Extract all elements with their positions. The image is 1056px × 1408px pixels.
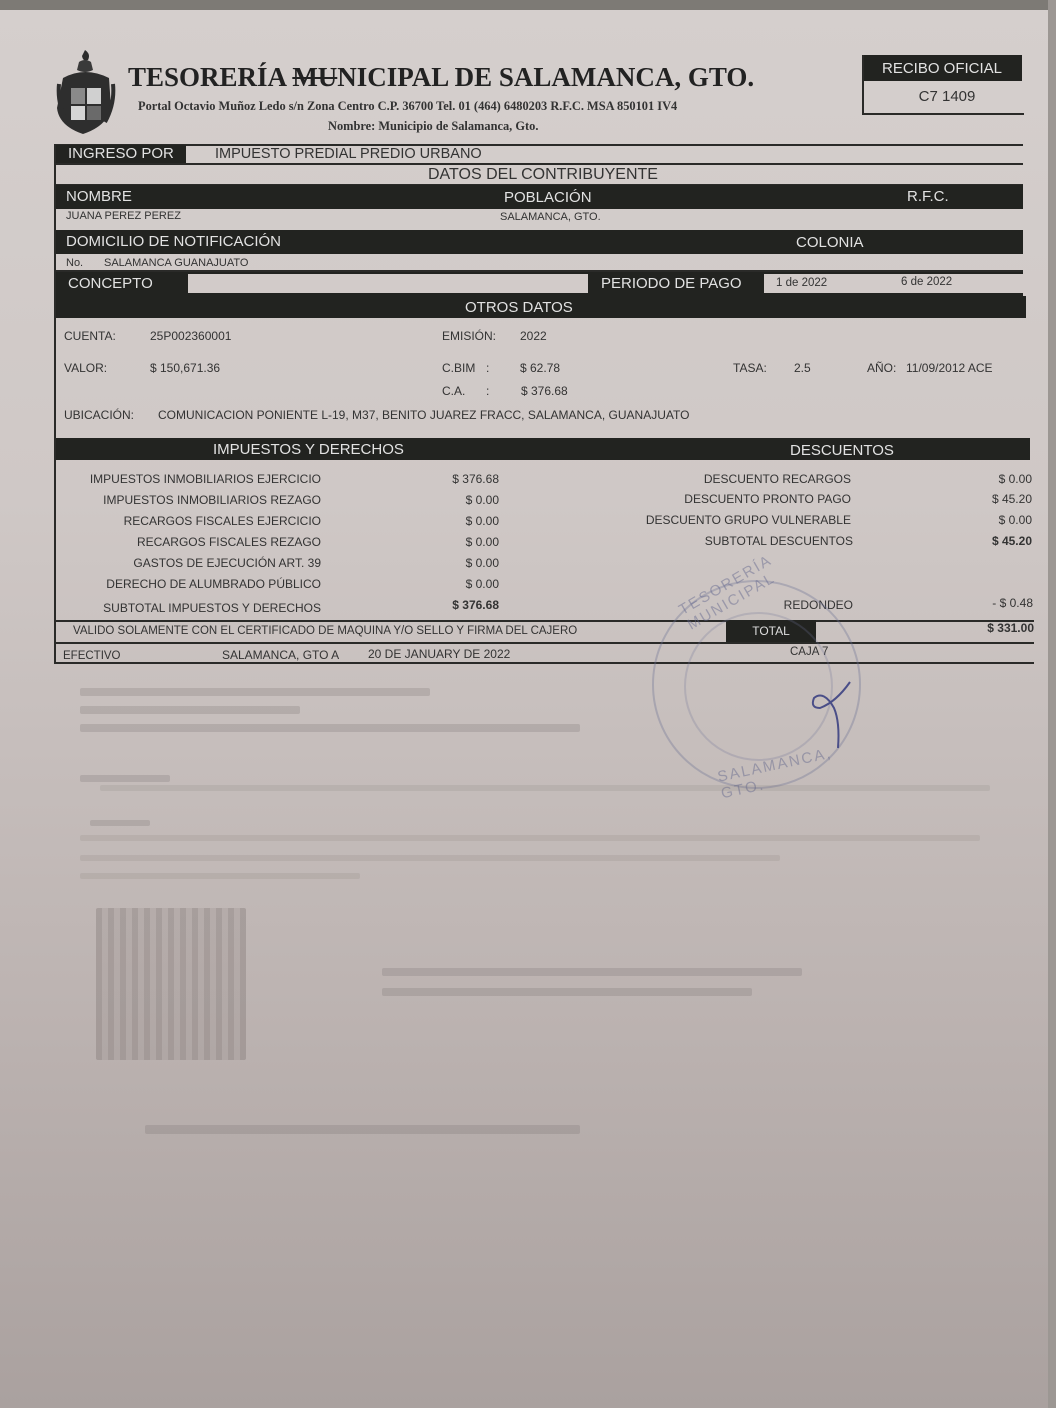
nombre-label: NOMBRE [66, 188, 132, 205]
coat-of-arms-icon [55, 48, 117, 140]
descuento-label: DESCUENTO GRUPO VULNERABLE [560, 513, 851, 527]
domicilio-label: DOMICILIO DE NOTIFICACIÓN [66, 233, 281, 250]
impuesto-label: IMPUESTOS INMOBILIARIOS REZAGO [40, 493, 321, 507]
impuesto-value: $ 0.00 [400, 577, 499, 591]
descuento-value: $ 0.00 [940, 513, 1032, 527]
fecha: 20 DE JANUARY DE 2022 [368, 647, 510, 661]
divider [56, 662, 1034, 664]
faded-text-line [80, 688, 430, 696]
domicilio-value: SALAMANCA GUANAJUATO [104, 257, 248, 269]
domicilio-no-label: No. [66, 257, 83, 269]
forma-pago: EFECTIVO [63, 650, 121, 662]
ubicacion-value: COMUNICACION PONIENTE L-19, M37, BENITO … [158, 408, 689, 422]
signature-icon [800, 680, 860, 750]
valor-label: VALOR: [64, 361, 107, 375]
otros-datos-title: OTROS DATOS [465, 299, 573, 316]
receipt-label: RECIBO OFICIAL [862, 60, 1022, 77]
ca-value: $ 376.68 [521, 384, 568, 398]
redondeo-value: - $ 0.48 [940, 596, 1033, 610]
contribuyente-section-title: DATOS DEL CONTRIBUYENTE [428, 166, 658, 184]
impuestos-subtotal-label: SUBTOTAL IMPUESTOS Y DERECHOS [40, 601, 321, 615]
anio-value: 11/09/2012 ACE [906, 361, 993, 375]
descuento-value: $ 45.20 [940, 492, 1032, 506]
periodo-desde: 1 de 2022 [776, 277, 827, 289]
total-value: $ 331.00 [930, 621, 1034, 635]
receipt-box-left [862, 55, 864, 115]
periodo-label: PERIODO DE PAGO [601, 275, 742, 292]
anio-label: AÑO: [867, 361, 896, 375]
periodo-hasta: 6 de 2022 [901, 276, 952, 288]
faded-text-line [80, 835, 980, 841]
faded-text-line [80, 724, 580, 732]
descuentos-subtotal-value: $ 45.20 [940, 534, 1032, 548]
impuesto-value: $ 0.00 [400, 556, 499, 570]
ubicacion-label: UBICACIÓN: [64, 408, 134, 422]
colonia-label: COLONIA [796, 234, 864, 251]
ingreso-label: INGRESO POR [68, 145, 174, 162]
impuestos-subtotal-value: $ 376.68 [400, 598, 499, 612]
impuesto-label: RECARGOS FISCALES REZAGO [40, 535, 321, 549]
impuesto-label: RECARGOS FISCALES EJERCICIO [40, 514, 321, 528]
tasa-label: TASA: [733, 361, 767, 375]
cuenta-label: CUENTA: [64, 329, 116, 343]
nombre-value: JUANA PEREZ PEREZ [66, 210, 181, 222]
lugar: SALAMANCA, GTO A [222, 648, 339, 662]
tasa-value: 2.5 [794, 361, 811, 375]
faded-text-line [80, 775, 170, 782]
poblacion-label: POBLACIÓN [504, 189, 592, 206]
emision-label: EMISIÓN: [442, 329, 496, 343]
validez-note: VALIDO SOLAMENTE CON EL CERTIFICADO DE M… [73, 625, 577, 637]
divider [56, 144, 1023, 146]
impuesto-value: $ 376.68 [400, 472, 499, 486]
faded-text-line [80, 873, 360, 879]
impuesto-label: DERECHO DE ALUMBRADO PÚBLICO [40, 577, 321, 591]
impuesto-label: IMPUESTOS INMOBILIARIOS EJERCICIO [40, 472, 321, 486]
rfc-label: R.F.C. [907, 188, 949, 205]
paper-edge [1048, 0, 1056, 1408]
impuesto-value: $ 0.00 [400, 493, 499, 507]
ca-sep: : [486, 384, 489, 398]
cbim-label: C.BIM [442, 361, 475, 375]
faded-text-line [100, 785, 990, 791]
divider [56, 620, 1034, 622]
ingreso-value: IMPUESTO PREDIAL PREDIO URBANO [215, 146, 482, 162]
receipt-number: C7 1409 [862, 88, 1032, 105]
descuento-value: $ 0.00 [940, 472, 1032, 486]
divider [56, 163, 1023, 165]
cbim-value: $ 62.78 [520, 361, 560, 375]
treasury-address: Portal Octavio Muñoz Ledo s/n Zona Centr… [138, 99, 677, 114]
impuesto-value: $ 0.00 [400, 514, 499, 528]
emision-value: 2022 [520, 329, 547, 343]
faded-text-line [382, 988, 752, 996]
treasury-name-line: Nombre: Municipio de Salamanca, Gto. [328, 119, 538, 134]
impuesto-value: $ 0.00 [400, 535, 499, 549]
qr-code-icon [96, 908, 246, 1060]
faded-text-line [382, 968, 802, 976]
impuesto-label: GASTOS DE EJECUCIÓN ART. 39 [40, 556, 321, 570]
receipt-box-bottom [862, 113, 1024, 115]
faded-text-line [80, 706, 300, 714]
ca-label: C.A. [442, 384, 465, 398]
impuestos-title: IMPUESTOS Y DERECHOS [213, 441, 404, 458]
treasury-title: TESORERÍA MUNICIPAL DE SALAMANCA, GTO. [128, 62, 754, 93]
divider [56, 642, 1034, 644]
descuento-label: DESCUENTO PRONTO PAGO [560, 492, 851, 506]
descuento-label: DESCUENTO RECARGOS [560, 472, 851, 486]
faded-text-line [90, 820, 150, 826]
cbim-sep: : [486, 361, 489, 375]
cuenta-value: 25P002360001 [150, 329, 231, 343]
faded-text-line [80, 855, 780, 861]
faded-text-line [145, 1125, 580, 1134]
valor-value: $ 150,671.36 [150, 361, 220, 375]
descuentos-title: DESCUENTOS [790, 442, 894, 459]
concepto-field [188, 274, 588, 293]
concepto-label: CONCEPTO [68, 275, 153, 292]
poblacion-value: SALAMANCA, GTO. [500, 211, 601, 223]
